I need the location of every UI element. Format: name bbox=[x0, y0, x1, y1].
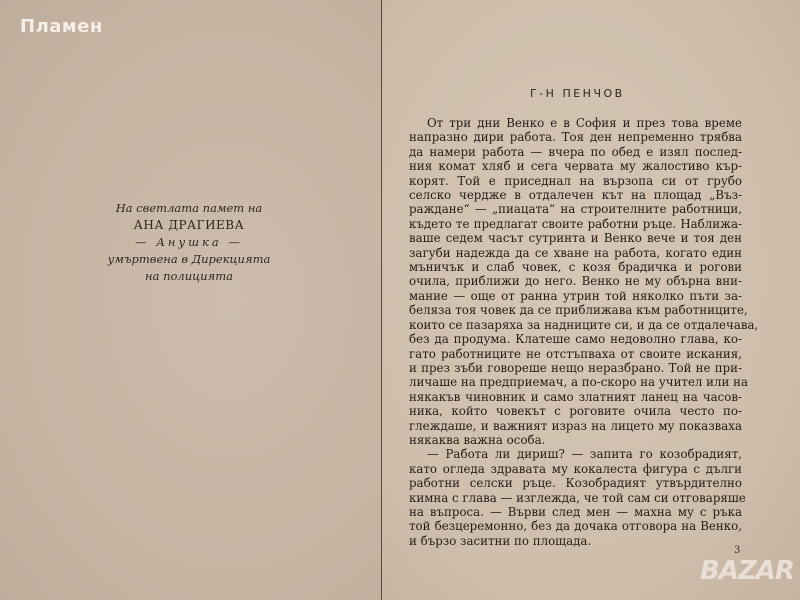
text-line: на въпроса. — Върви след мен — махна му … bbox=[409, 505, 742, 519]
text-line: — Работа ли дириш? — запита го козобради… bbox=[409, 447, 742, 461]
text-line: личаше на предприемач, а по-скоро на учи… bbox=[409, 375, 742, 389]
text-line: селско черджe в отдалечен кът на площад … bbox=[409, 188, 742, 202]
text-line: той безцеремонно, без да дочака отговора… bbox=[409, 519, 742, 533]
text-line: мание — още от ранна утрин той няколко п… bbox=[409, 289, 742, 303]
text-line: загуби надежда да се хване на работа, ко… bbox=[409, 246, 742, 260]
text-line: мъничък и слаб човек, с козя брадичка и … bbox=[409, 260, 742, 274]
dedication-line-4: умъртвена в Дирекцията bbox=[104, 251, 274, 268]
dedication-line-1: На светлата памет на bbox=[104, 200, 274, 217]
text-line: гато работниците не отстъпваха от своите… bbox=[409, 347, 742, 361]
text-line: където те предлагат своите работни ръце.… bbox=[409, 217, 742, 231]
seller-watermark: Пламен bbox=[20, 16, 103, 37]
text-line: беляза тоя човек да се приближава към ра… bbox=[409, 303, 742, 317]
dedication-name: АНА ДРАГИЕВА bbox=[104, 217, 274, 234]
body-text: От три дни Венко е в София и през това в… bbox=[409, 116, 742, 548]
page-number: 3 bbox=[734, 545, 740, 556]
chapter-title: Г-Н ПЕНЧОВ bbox=[530, 87, 625, 100]
book-spread: На светлата памет на АНА ДРАГИЕВА — Ануш… bbox=[0, 0, 800, 600]
text-line: работни селски ръце. Козобрадият утвърди… bbox=[409, 476, 742, 490]
text-line: без да продума. Клатеше само недоволно г… bbox=[409, 332, 742, 346]
text-line: напразно дири работа. Тоя ден непременно… bbox=[409, 130, 742, 144]
text-line: и през зъби говореше нещо неразбрано. То… bbox=[409, 361, 742, 375]
text-line: ваше седем часът сутринта и Венко вече и… bbox=[409, 231, 742, 245]
text-line: глеждаше, и важният израз на лицето му п… bbox=[409, 419, 742, 433]
bazar-logo-watermark: BAZAR bbox=[700, 556, 794, 586]
dedication-line-5: на полицията bbox=[104, 268, 274, 285]
text-line: някаква важна особа. bbox=[409, 433, 742, 447]
text-line: които се пазаряха за надниците си, и да … bbox=[409, 318, 742, 332]
text-line: раждане“ — „пиацата“ на строителните раб… bbox=[409, 202, 742, 216]
dedication-nickname: — Анушка — bbox=[104, 234, 274, 251]
text-line: и бързо заситни по площада. bbox=[409, 534, 742, 548]
text-line: като огледа здравата му кокалеста фигура… bbox=[409, 462, 742, 476]
text-line: От три дни Венко е в София и през това в… bbox=[409, 116, 742, 130]
text-line: корят. Той е приседнал на вързопа си от … bbox=[409, 174, 742, 188]
left-page: На светлата памет на АНА ДРАГИЕВА — Ануш… bbox=[0, 0, 381, 600]
text-line: ника, който човекът с роговите очила чес… bbox=[409, 404, 742, 418]
text-line: кимна с глава — изглежда, че той сам си … bbox=[409, 491, 742, 505]
text-line: очила, приближи до него. Венко не му объ… bbox=[409, 274, 742, 288]
text-line: да намери работа — вчера по обед е изял … bbox=[409, 145, 742, 159]
text-line: ния комат хляб и сега червата му жалости… bbox=[409, 159, 742, 173]
dedication: На светлата памет на АНА ДРАГИЕВА — Ануш… bbox=[104, 200, 274, 285]
text-line: някакъв чиновник и само златният ланец н… bbox=[409, 390, 742, 404]
